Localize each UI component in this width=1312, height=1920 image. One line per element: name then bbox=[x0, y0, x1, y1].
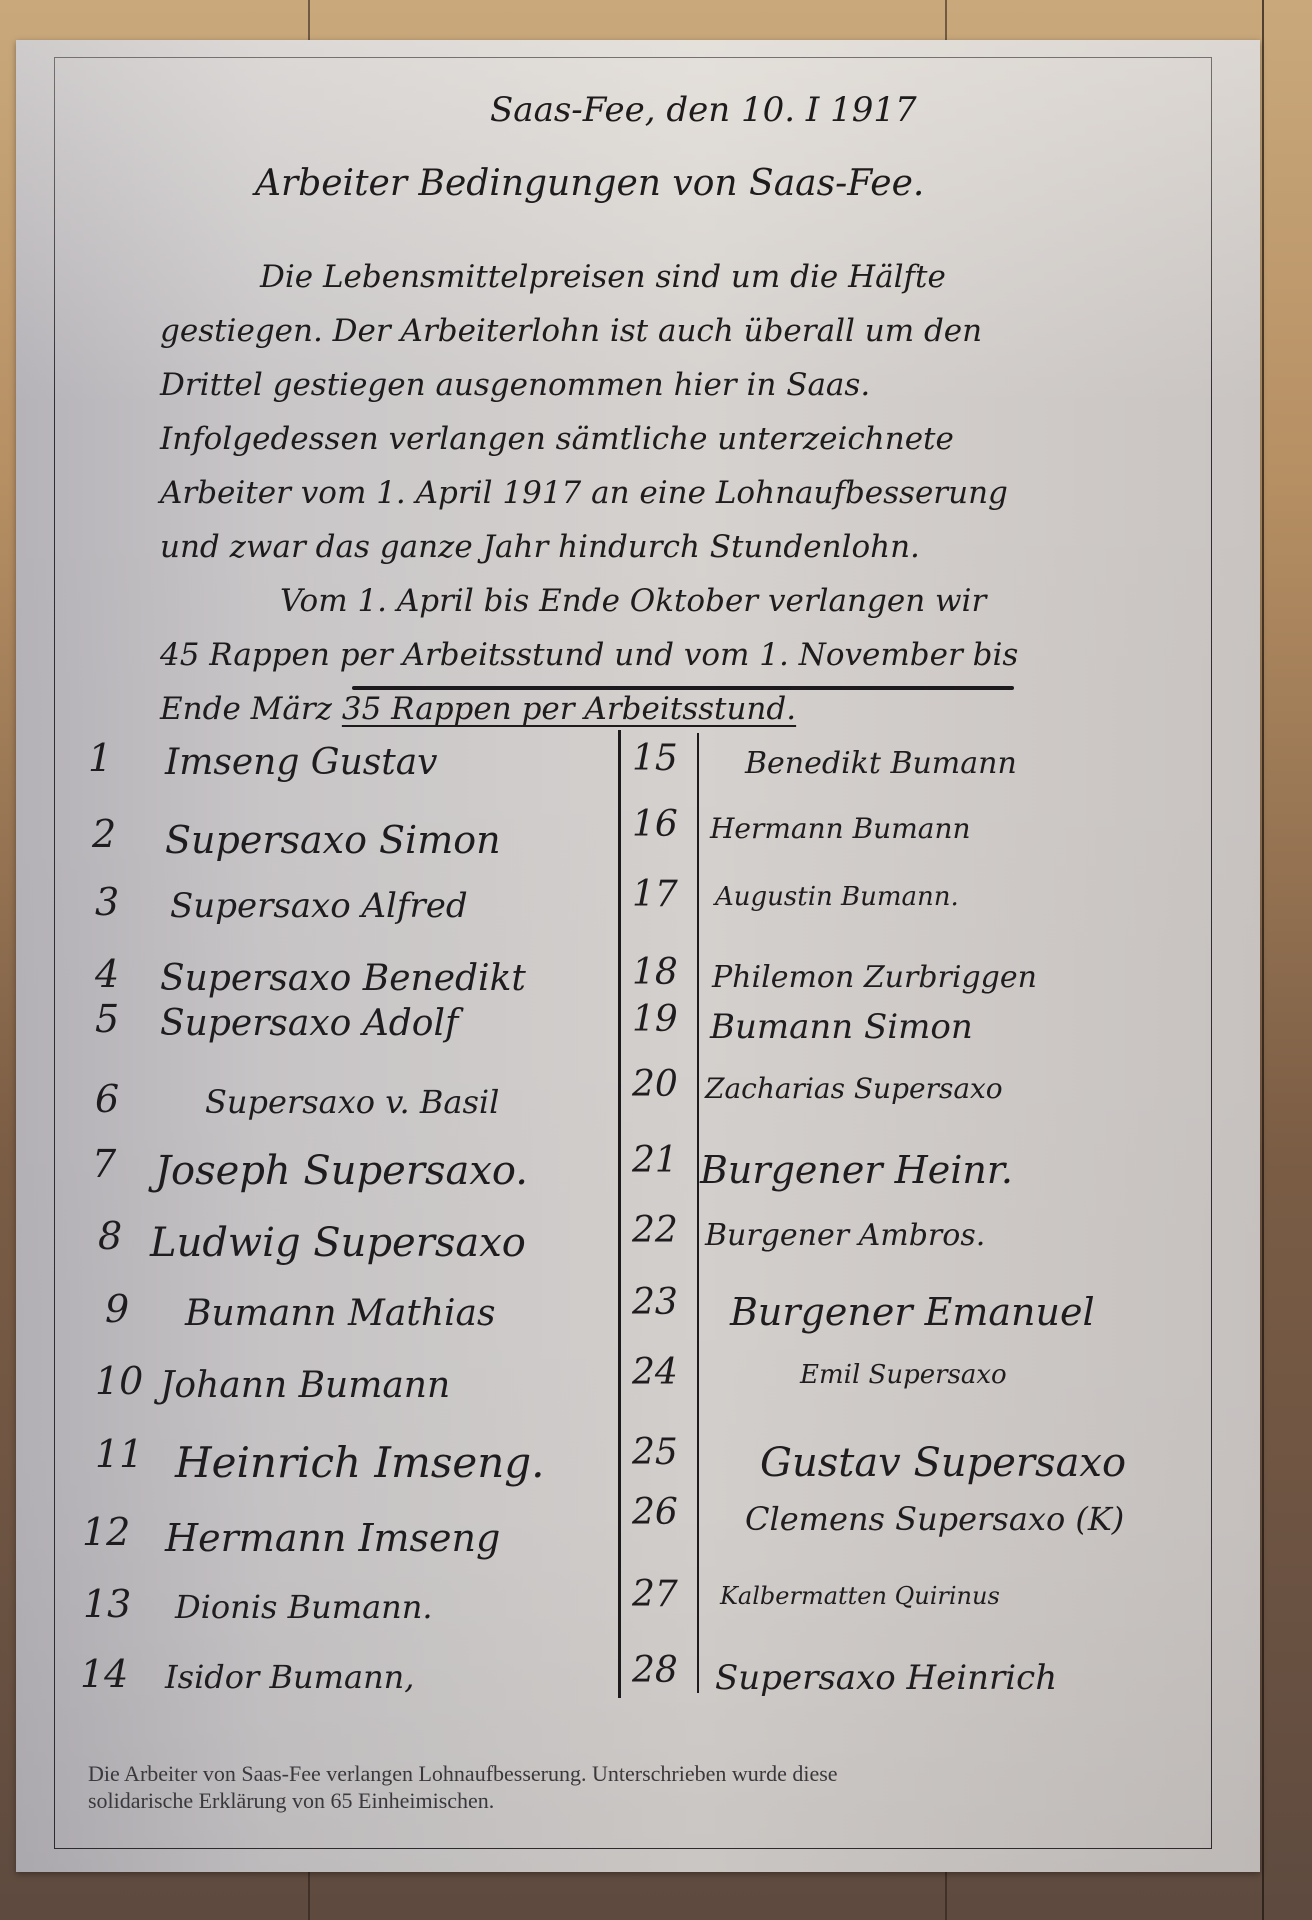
body-line: Die Lebensmittelpreisen sind um die Hälf… bbox=[160, 250, 1170, 304]
signature-number: 27 bbox=[632, 1574, 678, 1615]
signature-number: 14 bbox=[80, 1652, 128, 1696]
signature-name: Dionis Bumann. bbox=[175, 1588, 433, 1626]
signature-name: Isidor Bumann, bbox=[165, 1658, 414, 1696]
signature-number: 23 bbox=[632, 1282, 678, 1323]
document-title: Arbeiter Bedingungen von Saas-Fee. bbox=[255, 163, 924, 204]
body-line: Drittel gestiegen ausgenommen hier in Sa… bbox=[160, 358, 1170, 412]
signature-name: Supersaxo Heinrich bbox=[715, 1658, 1057, 1698]
signature-number: 11 bbox=[95, 1432, 143, 1476]
signature-name: Joseph Supersaxo. bbox=[155, 1148, 528, 1194]
signature-name: Supersaxo Alfred bbox=[170, 886, 468, 926]
column-divider-right bbox=[697, 733, 699, 1693]
signature-name: Bumann Mathias bbox=[185, 1293, 495, 1334]
date-line: Saas-Fee, den 10. I 1917 bbox=[490, 90, 917, 130]
signature-name: Burgener Ambros. bbox=[705, 1218, 985, 1253]
signature-number: 6 bbox=[95, 1077, 119, 1121]
signature-name: Hermann Bumann bbox=[710, 812, 971, 845]
body-paragraph: Die Lebensmittelpreisen sind um die Hälf… bbox=[160, 250, 1170, 736]
signature-name: Supersaxo v. Basil bbox=[205, 1083, 499, 1121]
caption: Die Arbeiter von Saas-Fee verlangen Lohn… bbox=[88, 1760, 1188, 1814]
signature-number: 28 bbox=[632, 1650, 678, 1691]
signature-name: Imseng Gustav bbox=[165, 742, 438, 783]
caption-line-2: solidarische Erklärung von 65 Einheimisc… bbox=[88, 1787, 1188, 1814]
signature-number: 3 bbox=[95, 880, 119, 924]
signature-name: Supersaxo Adolf bbox=[160, 1003, 458, 1044]
signature-number: 18 bbox=[632, 952, 678, 993]
caption-line-1: Die Arbeiter von Saas-Fee verlangen Lohn… bbox=[88, 1760, 1188, 1787]
signature-number: 9 bbox=[105, 1287, 129, 1331]
signature-number: 26 bbox=[632, 1492, 678, 1533]
signature-name: Gustav Supersaxo bbox=[760, 1440, 1126, 1486]
signature-number: 4 bbox=[95, 952, 119, 996]
body-line: Infolgedessen verlangen sämtliche unterz… bbox=[160, 412, 1170, 466]
signature-name: Kalbermatten Quirinus bbox=[720, 1582, 1000, 1610]
signature-name: Zacharias Supersaxo bbox=[705, 1072, 1003, 1105]
body-line: 45 Rappen per Arbeitsstund und vom 1. No… bbox=[160, 628, 1170, 682]
signature-number: 16 bbox=[632, 804, 678, 845]
signature-number: 24 bbox=[632, 1352, 678, 1393]
body-line-last: Ende März 35 Rappen per Arbeitsstund. bbox=[160, 682, 1170, 736]
body-line: und zwar das ganze Jahr hindurch Stunden… bbox=[160, 520, 1170, 574]
signature-name: Clemens Supersaxo (K) bbox=[745, 1500, 1124, 1538]
signature-number: 8 bbox=[98, 1214, 122, 1258]
signature-name: Burgener Heinr. bbox=[700, 1148, 1013, 1192]
signature-number: 5 bbox=[95, 997, 119, 1041]
emphasized-rate: 35 Rappen per Arbeitsstund. bbox=[342, 691, 796, 727]
signature-number: 13 bbox=[83, 1582, 131, 1626]
section-divider bbox=[352, 686, 1014, 690]
signature-number: 22 bbox=[632, 1210, 678, 1251]
body-line: gestiegen. Der Arbeiterlohn ist auch übe… bbox=[160, 304, 1170, 358]
signature-number: 7 bbox=[92, 1142, 116, 1186]
body-line: Vom 1. April bis Ende Oktober verlangen … bbox=[160, 574, 1170, 628]
signature-name: Benedikt Bumann bbox=[745, 746, 1017, 781]
signature-number: 2 bbox=[92, 812, 116, 856]
body-line-text: Ende März bbox=[160, 691, 332, 727]
signature-number: 10 bbox=[95, 1359, 143, 1403]
signature-number: 25 bbox=[632, 1432, 678, 1473]
signature-name: Supersaxo Benedikt bbox=[160, 958, 526, 999]
signature-name: Philemon Zurbriggen bbox=[712, 960, 1037, 995]
signature-number: 17 bbox=[632, 874, 678, 915]
signature-name: Johann Bumann bbox=[160, 1365, 450, 1406]
signature-name: Ludwig Supersaxo bbox=[150, 1220, 526, 1266]
signature-name: Heinrich Imseng. bbox=[175, 1438, 545, 1487]
signature-number: 20 bbox=[632, 1064, 678, 1105]
column-divider-left bbox=[618, 730, 621, 1698]
signature-name: Emil Supersaxo bbox=[800, 1360, 1007, 1390]
signature-number: 19 bbox=[632, 999, 678, 1040]
signature-name: Augustin Bumann. bbox=[715, 882, 959, 912]
wood-seam bbox=[1262, 0, 1264, 1920]
signature-number: 15 bbox=[632, 738, 678, 779]
signature-number: 12 bbox=[82, 1510, 130, 1554]
signature-number: 1 bbox=[88, 736, 112, 780]
signature-name: Bumann Simon bbox=[710, 1007, 973, 1047]
signature-name: Supersaxo Simon bbox=[165, 818, 501, 862]
signature-name: Hermann Imseng bbox=[165, 1516, 500, 1560]
signature-name: Burgener Emanuel bbox=[730, 1290, 1095, 1334]
body-line: Arbeiter vom 1. April 1917 an eine Lohna… bbox=[160, 466, 1170, 520]
signature-number: 21 bbox=[632, 1140, 678, 1181]
